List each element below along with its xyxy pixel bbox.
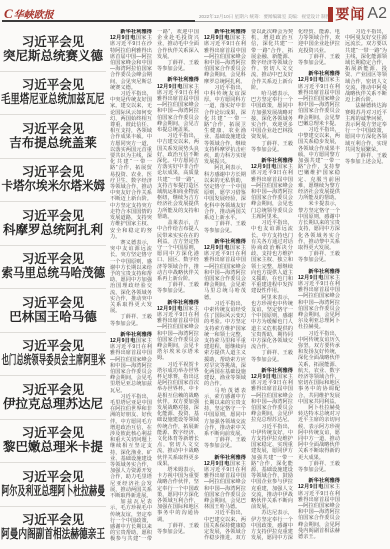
- headline-line2: 科摩罗总统阿扎利: [3, 223, 103, 238]
- headline-line1: 习近平会见: [22, 35, 85, 49]
- headline-line2: 卡塔尔埃米尔塔米姆: [1, 179, 105, 194]
- xinhua-dateline: 新华社利雅得12月9日电: [204, 455, 246, 467]
- story-lead-para: 新华社利雅得12月9日电国家主席习近平9日在利雅得出席首届中国—阿拉伯国家峰会和…: [157, 300, 199, 362]
- story-para: 习近平指出，中阿曼友好交往源远流长。双方要以共建“一带一路”为主线，深化能源领域…: [345, 29, 387, 103]
- page-number: A2: [367, 5, 387, 23]
- header-rule-dark: [2, 20, 195, 22]
- story-para: 丁薛祥、王毅等参加会见。: [157, 60, 199, 72]
- story-para: 法赫德转达海赛姆苏丹对习近平主席的诚挚问候，表示阿曼方坚定奉行一个中国政策，愿同…: [345, 103, 387, 153]
- headline-line2: 也门总统领导委员会主席阿里米: [1, 353, 105, 368]
- xinhua-dateline: 新华社利雅得12月9日电: [251, 158, 293, 170]
- newspaper-page: C华峡欧报 2022年12月10日 星期六 统筹：要闻编辑室 美编：视觉设计 制…: [0, 0, 390, 549]
- headline-line2: 索马里总统马哈茂德: [1, 266, 105, 281]
- story-para: 丁薛祥、王毅等参加会见。: [204, 221, 246, 233]
- headline-line1: 习近平会见: [22, 296, 85, 310]
- headline-item: 习近平会见 科摩罗总统阿扎利: [0, 202, 106, 246]
- story-lead-para: 新华社利雅得12月9日电国家主席习近平9日在利雅得出席首届中国—阿拉伯国家峰会和…: [251, 368, 293, 424]
- article-story: 新华社利雅得12月9日电国家主席习近平9日在利雅得出席首届中国—阿拉伯国家峰会和…: [204, 239, 246, 450]
- story-para: 习近平指出，中索传统友谊经受住了国际风云变幻的考验。中方坚定支持索方维护国家统一…: [204, 301, 246, 388]
- story-para: 习近平指出，中也友谊源远流长。中方支持也门有关各方通过对话协商政治解决分歧，支持…: [251, 220, 293, 294]
- story-lead-para: 新华社利雅得12月9日电国家主席习近平9日在利雅得出席首届中国—阿拉伯国家峰会和…: [204, 455, 246, 511]
- story-lead-para: 新华社利雅得12月9日电国家主席习近平9日在利雅得出席首届中国—阿拉伯国家峰会和…: [157, 77, 199, 133]
- story-para: 米卡提表示，黎方坚定恪守一个中国原则，感谢中方长期以来的宝贵支持，愿同中方深化各…: [298, 201, 340, 251]
- story-para: 阿里米表示，也方珍视也中传统友谊，坚定恪守一个中国原则，感谢中方为缓解也门人道主…: [251, 295, 293, 351]
- story-para: 习近平指出，中突是传统友好国家。建交以来，无论国际风云如何变幻，两国始终相互尊重…: [110, 91, 152, 240]
- story-lead-para: 新华社利雅得12月9日电国家主席习近平9日在利雅得出席首届中国—阿拉伯国家峰会和…: [251, 158, 293, 220]
- article-story: 新华社利雅得12月9日电国家主席习近平9日在利雅得出席首届中国—阿拉伯国家峰会和…: [157, 300, 199, 536]
- story-lead-para: 新华社利雅得12月9日电国家主席习近平9日在利雅得出席首届中国—阿拉伯国家峰会和…: [204, 29, 246, 85]
- headline-line2: 突尼斯总统赛义德: [3, 49, 103, 64]
- story-para: 赛义德表示，突中友谊源远流长。突方坚定恪守一个中国原则，感谢中方长期以来给予的宝…: [110, 240, 152, 314]
- article-story: 新华社利雅得12月9日电国家主席习近平9日在利雅得出席首届中国—阿拉伯国家峰会和…: [251, 158, 293, 363]
- section-bar-icon: [328, 7, 333, 22]
- story-para: 阿扎利表示，科方感谢中方长期以来的无私帮助，坚定恪守一个中国原则，愿学习借鉴中国…: [204, 165, 246, 221]
- headline-item: 习近平会见 索马里总统马哈茂德: [0, 246, 106, 290]
- xinhua-dateline: 新华社利雅得12月9日电: [110, 332, 152, 344]
- headline-line1: 习近平会见: [22, 78, 85, 92]
- headline-line2: 阿尔及利亚总理阿卜杜拉赫曼: [1, 484, 105, 499]
- story-para: 习近平祝贺卡塔尔成功举办世界杯足球赛，指出这是阿拉伯国家首次举办世界杯。中卡是相…: [157, 362, 199, 467]
- story-para: 盖莱表示，吉中合作给吉布提人民带来实实在在的利益。吉方坚定恪守一个中国原则，愿同…: [157, 220, 199, 282]
- article-story: 新华社利雅得12月9日电国家主席习近平9日在利雅得出席首届中国—阿拉伯国家峰会和…: [298, 269, 340, 474]
- article-story: 新华社利雅得12月9日电国家主席习近平9日在利雅得出席首届中国—阿拉伯国家峰会和…: [298, 71, 340, 263]
- story-para: 丁薛祥、王毅等参加会见。: [204, 437, 246, 449]
- headline-item: 习近平会见 黎巴嫩总理米卡提: [0, 420, 106, 464]
- xinhua-dateline: 新华社利雅得12月9日电: [298, 478, 340, 490]
- story-para: 习近平指出，中黎建交以来，两国关系稳步发展，各领域合作成果丰硕。中方愿同黎方加强…: [298, 127, 340, 201]
- story-para: 丁薛祥、王毅等参加会见。: [298, 461, 340, 473]
- xinhua-dateline: 新华社利雅得12月9日电: [157, 77, 199, 89]
- story-para: 习近平指出，中吉建交以来，两国关系发展势头良好，政治互信不断深化。中方愿同吉方落…: [157, 133, 199, 220]
- xinhua-dateline: 新华社利雅得12月9日电: [157, 300, 199, 312]
- story-para: 马哈茂德表示，索方感谢中方长期以来的宝贵支持，坚定恪守一个中国原则，愿同中方加强…: [204, 388, 246, 438]
- headline-line1: 习近平会见: [22, 339, 85, 353]
- headline-item: 习近平会见 卡塔尔埃米尔塔米姆: [0, 159, 106, 203]
- xinhua-dateline: 新华社利雅得12月9日电: [204, 29, 246, 41]
- article-story: 新华社利雅得12月9日电国家主席习近平9日在利雅得出席首届中国—阿拉伯国家峰会和…: [204, 29, 246, 234]
- story-para: 丁薛祥、王毅等参加会见。: [157, 523, 199, 535]
- headline-line1: 习近平会见: [22, 383, 85, 397]
- headline-line2: 毛里塔尼亚总统加兹瓦尼: [1, 92, 105, 107]
- page-header: C华峡欧报 2022年12月10日 星期六 统筹：要闻编辑室 美编：视觉设计 制…: [0, 0, 390, 27]
- edition-info: 2022年12月10日 星期六 统筹：要闻编辑室 美编：视觉设计 制图：图编室 …: [199, 14, 331, 20]
- story-lead-para: 新华社利雅得12月9日电国家主席习近平9日在利雅得出席首届中国—阿拉伯国家峰会和…: [298, 71, 340, 127]
- page-body: 习近平会见 突尼斯总统赛义德 习近平会见 毛里塔尼亚总统加兹瓦尼 习近平会见 吉…: [0, 28, 390, 549]
- story-lead-para: 新华社利雅得12月9日电国家主席习近平9日在利雅得出席首届中国—阿拉伯国家峰会和…: [298, 478, 340, 540]
- story-para: 丁薛祥、王毅等参加上述会见。: [345, 153, 387, 165]
- headline-item: 习近平会见 吉布提总统盖莱: [0, 115, 106, 159]
- story-para: 习近平指出，中阿传统友谊历久弥坚。双方要传承和发扬友好传统，深化全面战略伙伴关系…: [298, 331, 340, 405]
- story-para: 丁薛祥、王毅等参加会见。: [298, 54, 340, 66]
- story-lead-para: 新华社利雅得12月9日电国家主席习近平9日在沙特阿拉伯利雅得出席首届中国—阿拉伯…: [110, 29, 152, 91]
- story-para: 哈马德表示，巴方坚定奉行一个中国政策，愿同中方加强发展战略对接，深化各领域务实合…: [251, 91, 293, 141]
- headline-item: 习近平会见 阿曼内阁副首相法赫德亲王: [0, 507, 106, 549]
- headline-line1: 习近平会见: [22, 470, 85, 484]
- section-title: 要闻: [335, 4, 365, 24]
- masthead-logomark-icon: C: [4, 6, 13, 21]
- headline-line1: 习近平会见: [22, 426, 85, 440]
- headline-item: 习近平会见 也门总统领导委员会主席阿里米: [0, 333, 106, 377]
- headline-line1: 习近平会见: [22, 513, 85, 527]
- story-para: 丁薛祥、王毅等参加会见。: [298, 251, 340, 263]
- story-lead-para: 新华社利雅得12月9日电国家主席习近平9日在利雅得出席首届中国—阿拉伯国家峰会和…: [298, 269, 340, 331]
- headline-item: 习近平会见 巴林国王哈马德: [0, 289, 106, 333]
- story-para: 丁薛祥、王毅等参加会见。: [110, 314, 152, 326]
- story-lead-para: 新华社利雅得12月9日电国家主席习近平9日在利雅得出席首届中国—阿拉伯国家峰会和…: [110, 332, 152, 394]
- xinhua-dateline: 新华社利雅得12月9日电: [298, 71, 340, 83]
- headline-line2: 伊拉克总理苏达尼: [3, 397, 103, 412]
- headline-item: 习近平会见 突尼斯总统赛义德: [0, 28, 106, 72]
- headline-line1: 习近平会见: [22, 122, 85, 136]
- headline-line1: 习近平会见: [22, 165, 85, 179]
- xinhua-dateline: 新华社利雅得12月9日电: [204, 239, 246, 251]
- article-story: 新华社利雅得12月9日电国家主席习近平9日在沙特阿拉伯利雅得出席首届中国—阿拉伯…: [110, 29, 152, 327]
- story-para: 习近平指出，毛里塔尼亚是中国在阿拉伯世界和非洲的好朋友、好伙伴。中方愿同毛方增进…: [110, 394, 152, 499]
- headline-line2: 阿曼内阁副首相法赫德亲王: [1, 527, 105, 542]
- headline-item: 习近平会见 阿尔及利亚总理阿卜杜拉赫曼: [0, 463, 106, 507]
- headline-line2: 巴林国王哈马德: [9, 310, 97, 325]
- story-para: 习近平指出，中科传统友谊深厚。中方愿同科方一道，落实好中非合作论坛成果，深化共建…: [204, 85, 246, 166]
- headline-line1: 习近平会见: [22, 252, 85, 266]
- xinhua-dateline: 新华社利雅得12月9日电: [110, 29, 152, 41]
- story-para: 阿卜杜拉赫曼转达特本总统对习近平主席的亲切问候，表示阿方珍视阿中传统友谊，愿同中…: [298, 405, 340, 461]
- story-para: 习近平指出，中伊传统友好。中方支持伊拉克维护国家稳定、实现重建发展，愿同伊方加强…: [251, 424, 293, 511]
- article-text-area: 新华社利雅得12月9日电国家主席习近平9日在沙特阿拉伯利雅得出席首届中国—阿拉伯…: [110, 29, 387, 547]
- headline-line1: 习近平会见: [22, 209, 85, 223]
- story-para: 丁薛祥、王毅等参加会见。: [251, 141, 293, 153]
- headline-line2: 黎巴嫩总理米卡提: [3, 440, 103, 455]
- story-para: 丁薛祥、王毅等参加会见。: [251, 350, 293, 362]
- story-para: 塔米姆表示，卡方视中国为重要战略合作伙伴，坚定奉行一个中国政策，愿同中方深化各领…: [157, 467, 199, 523]
- story-lead-para: 新华社利雅得12月9日电国家主席习近平9日在利雅得出席首届中国—阿拉伯国家峰会和…: [204, 239, 246, 301]
- story-para: 丁薛祥、王毅等参加会见。: [157, 282, 199, 294]
- xinhua-dateline: 新华社利雅得12月9日电: [298, 269, 340, 281]
- page-label: 要闻 A2: [328, 4, 387, 24]
- headline-item: 习近平会见 伊拉克总理苏达尼: [0, 376, 106, 420]
- headline-line2: 吉布提总统盖莱: [9, 136, 97, 151]
- headline-item: 习近平会见 毛里塔尼亚总统加兹瓦尼: [0, 72, 106, 116]
- article-story: 新华社利雅得12月9日电国家主席习近平9日在利雅得出席首届中国—阿拉伯国家峰会和…: [157, 77, 199, 294]
- xinhua-dateline: 新华社利雅得12月9日电: [251, 368, 293, 380]
- headline-rail: 习近平会见 突尼斯总统赛义德 习近平会见 毛里塔尼亚总统加兹瓦尼 习近平会见 吉…: [0, 28, 106, 549]
